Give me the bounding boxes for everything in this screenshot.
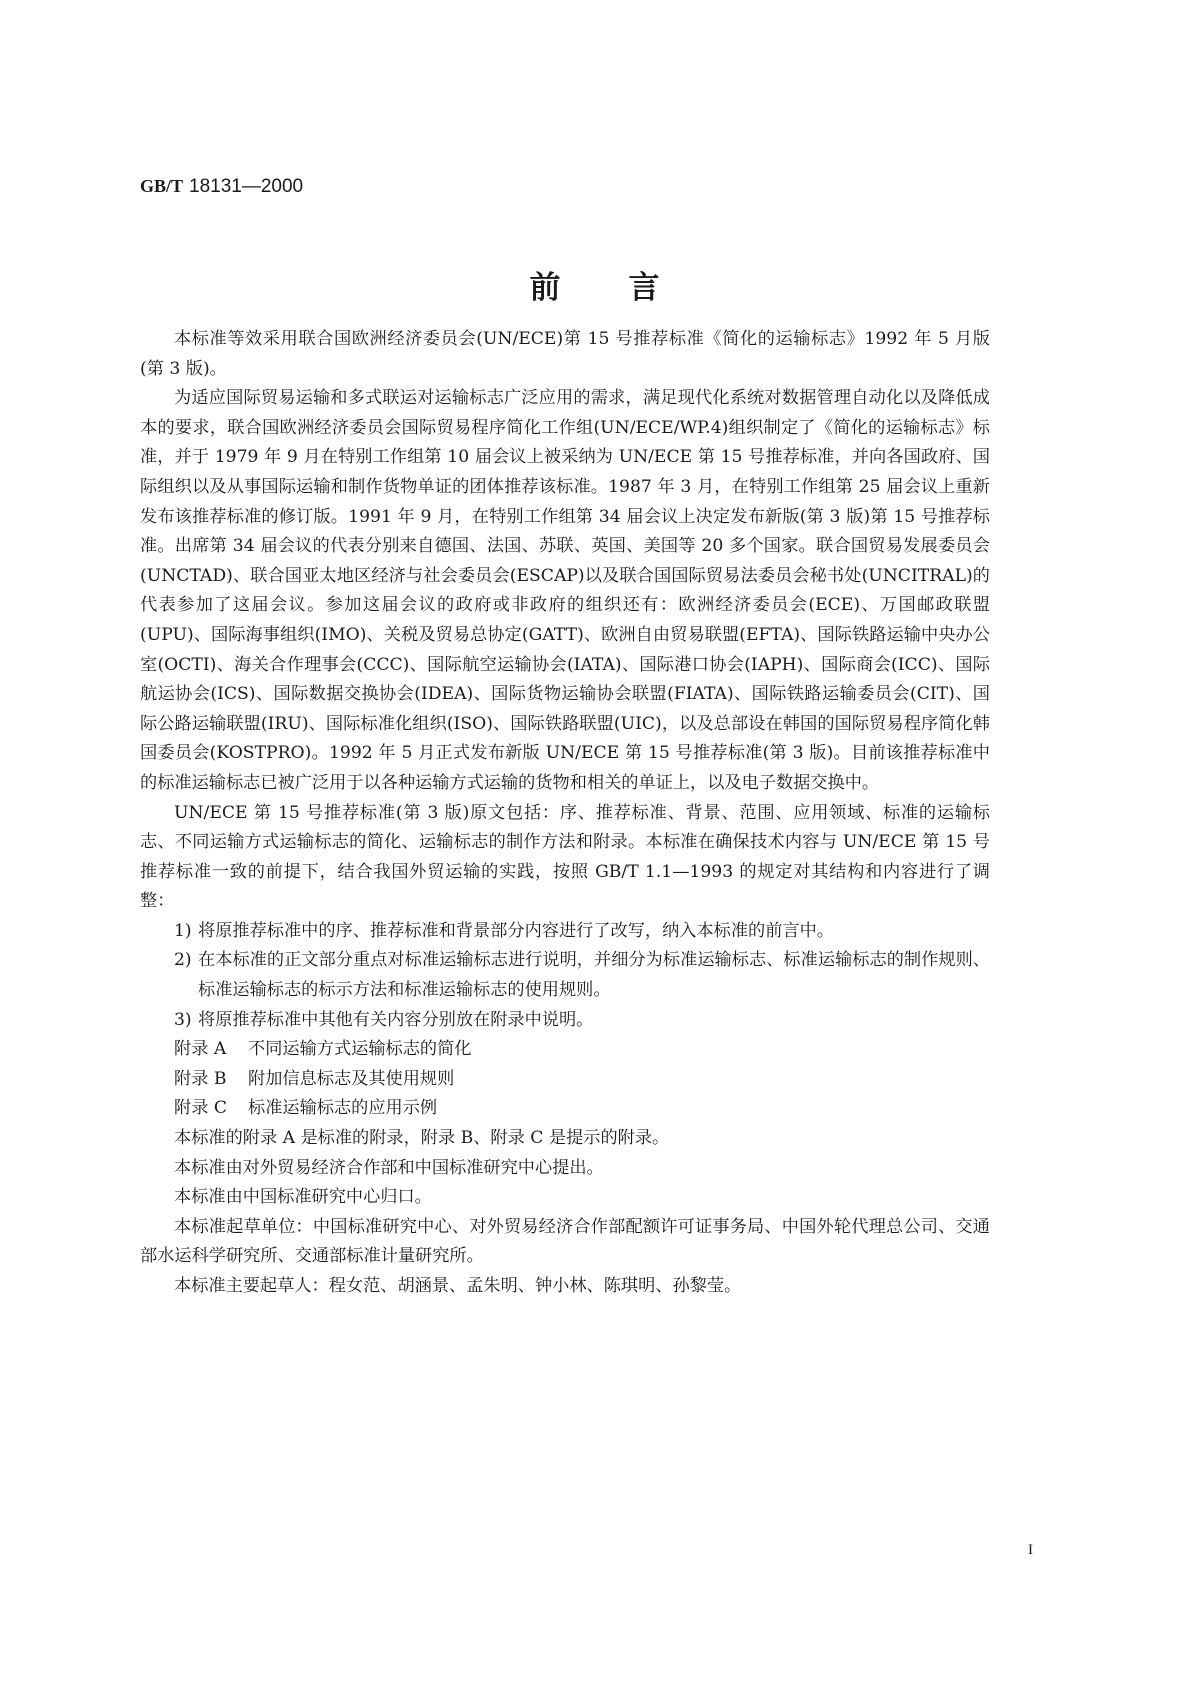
annex-entry: 附录 C标准运输标志的应用示例 [140,1094,990,1124]
item-marker: 2) [174,946,198,976]
standard-prefix: GB/T [140,176,183,196]
item-text: 在本标准的正文部分重点对标准运输标志进行说明，并细分为标准运输标志、标准运输标志… [198,950,990,1000]
managed-by-statement: 本标准由中国标准研究中心归口。 [140,1183,990,1213]
proposed-by-statement: 本标准由对外贸易经济合作部和中国标准研究中心提出。 [140,1154,990,1184]
paragraph-background: 为适应国际贸易运输和多式联运对运输标志广泛应用的需求，满足现代化系统对数据管理自… [140,384,990,798]
adjustment-item: 2)在本标准的正文部分重点对标准运输标志进行说明，并细分为标准运输标志、标准运输… [140,946,990,1005]
annex-entry: 附录 B附加信息标志及其使用规则 [140,1065,990,1095]
paragraph-structure: UN/ECE 第 15 号推荐标准(第 3 版)原文包括：序、推荐标准、背景、范… [140,799,990,917]
annex-key: 附录 A [174,1035,248,1065]
annex-key: 附录 B [174,1065,248,1095]
drafters-statement: 本标准主要起草人：程女范、胡涵景、孟朱明、钟小林、陈琪明、孙黎莹。 [140,1272,990,1302]
item-text: 将原推荐标准中其他有关内容分别放在附录中说明。 [198,1010,593,1030]
adjustment-item: 1)将原推荐标准中的序、推荐标准和背景部分内容进行了改写，纳入本标准的前言中。 [140,917,990,947]
item-marker: 1) [174,917,198,947]
page-number: I [1028,1542,1033,1559]
drafting-units-statement: 本标准起草单位：中国标准研究中心、对外贸易经济合作部配额许可证事务局、中国外轮代… [140,1213,990,1272]
item-marker: 3) [174,1006,198,1036]
page-title: 前 言 [0,262,1191,307]
annex-title: 附加信息标志及其使用规则 [248,1069,454,1089]
paragraph-adoption: 本标准等效采用联合国欧洲经济委员会(UN/ECE)第 15 号推荐标准《简化的运… [140,325,990,384]
document-body: 本标准等效采用联合国欧洲经济委员会(UN/ECE)第 15 号推荐标准《简化的运… [140,325,990,1302]
annex-key: 附录 C [174,1094,248,1124]
standard-code: GB/T18131—2000 [140,176,303,198]
annex-title: 标准运输标志的应用示例 [248,1098,437,1118]
annex-nature-statement: 本标准的附录 A 是标准的附录，附录 B、附录 C 是提示的附录。 [140,1124,990,1154]
annex-entry: 附录 A不同运输方式运输标志的简化 [140,1035,990,1065]
item-text: 将原推荐标准中的序、推荐标准和背景部分内容进行了改写，纳入本标准的前言中。 [198,921,834,941]
annex-title: 不同运输方式运输标志的简化 [248,1039,471,1059]
adjustment-item: 3)将原推荐标准中其他有关内容分别放在附录中说明。 [140,1006,990,1036]
standard-number: 18131—2000 [189,176,303,197]
